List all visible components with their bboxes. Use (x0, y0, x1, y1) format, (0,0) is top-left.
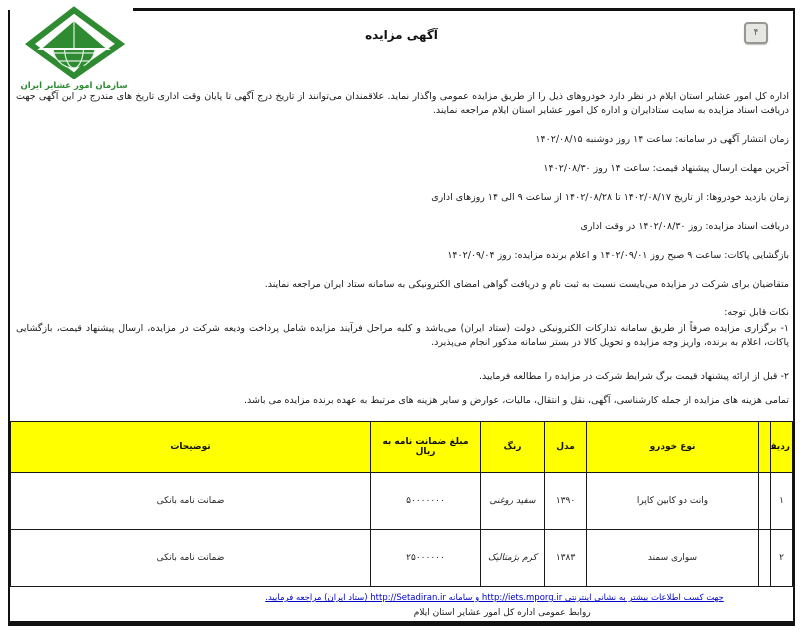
col-header-amount: مبلغ ضمانت نامه به ریال (371, 422, 481, 473)
document-content: آگهی مزایده اداره کل امور عشایر استان ای… (10, 12, 793, 620)
opening-line: بازگشایی پاکات: ساعت ۹ صبح روز ۱۴۰۲/۰۹/۰… (16, 249, 789, 263)
cell-row-number: ۱ (771, 473, 793, 530)
col-header-model: مدل (545, 422, 587, 473)
costs-note: تمامی هزینه های مزایده از جمله کارشناسی،… (16, 394, 789, 408)
cell-row-number: ۲ (771, 530, 793, 587)
auction-notice-page: سازمان امور عشایر ایران ۴ آگهی مزایده اد… (0, 0, 800, 631)
cell-model: ۱۳۹۰ (545, 473, 587, 530)
table-row: ۲ سواری سمند ۱۳۸۳ کرم بژمتالیک ۲۵۰۰۰۰۰۰ … (11, 530, 793, 587)
cell-notes: ضمانت نامه بانکی (11, 530, 371, 587)
border-right (793, 8, 795, 625)
info-websites-link[interactable]: جهت کسب اطلاعات بیشتر به نشانی اینترنتی … (14, 592, 789, 605)
footer-signature: روابط عمومی اداره کل امور عشایر استان ای… (14, 606, 789, 620)
col-header-spacer (759, 422, 771, 473)
col-header-row-number: ردیف (771, 422, 793, 473)
bid-deadline-line: آخرین مهلت ارسال پیشنهاد قیمت: ساعت ۱۴ ر… (16, 162, 789, 176)
cell-spacer (759, 473, 771, 530)
col-header-notes: توضیحات (11, 422, 371, 473)
cell-model: ۱۳۸۳ (545, 530, 587, 587)
col-header-vehicle: نوع خودرو (587, 422, 759, 473)
cell-spacer (759, 530, 771, 587)
publish-time-line: زمان انتشار آگهی در سامانه: ساعت ۱۴ روز … (16, 133, 789, 147)
cell-amount: ۵۰۰۰۰۰۰۰ (371, 473, 481, 530)
registration-line: متقاضیان برای شرکت در مزایده می‌بایست نس… (16, 278, 789, 292)
table-header-row: ردیف نوع خودرو مدل رنگ مبلغ ضمانت نامه ب… (11, 422, 793, 473)
cell-color: سفید روغنی (481, 473, 545, 530)
border-bottom (8, 621, 795, 626)
page-title: آگهی مزایده (10, 28, 793, 42)
note-2: ۲- قبل از ارائه پیشنهاد قیمت برگ شرایط ش… (16, 370, 789, 384)
notes-heading: نکات قابل توجه: (16, 306, 789, 320)
cell-color: کرم بژمتالیک (481, 530, 545, 587)
cell-vehicle: سواری سمند (587, 530, 759, 587)
intro-paragraph: اداره کل امور عشایر استان ایلام در نظر د… (16, 90, 789, 118)
visit-time-line: زمان بازدید خودروها: از تاریخ ۱۴۰۲/۰۸/۱۷… (16, 191, 789, 205)
note-1: ۱- برگزاری مزایده صرفاً از طریق سامانه ت… (16, 322, 789, 350)
cell-vehicle: وانت دو کابین کاپرا (587, 473, 759, 530)
col-header-color: رنگ (481, 422, 545, 473)
border-top (133, 8, 795, 11)
auction-table: ردیف نوع خودرو مدل رنگ مبلغ ضمانت نامه ب… (10, 421, 793, 587)
cell-amount: ۲۵۰۰۰۰۰۰ (371, 530, 481, 587)
docs-receipt-line: دریافت اسناد مزایده: روز ۱۴۰۲/۰۸/۳۰ در و… (16, 220, 789, 234)
table-row: ۱ وانت دو کابین کاپرا ۱۳۹۰ سفید روغنی ۵۰… (11, 473, 793, 530)
cell-notes: ضمانت نامه بانکی (11, 473, 371, 530)
body-paragraphs: اداره کل امور عشایر استان ایلام در نظر د… (10, 90, 793, 408)
document-footer: جهت کسب اطلاعات بیشتر به نشانی اینترنتی … (10, 589, 793, 620)
